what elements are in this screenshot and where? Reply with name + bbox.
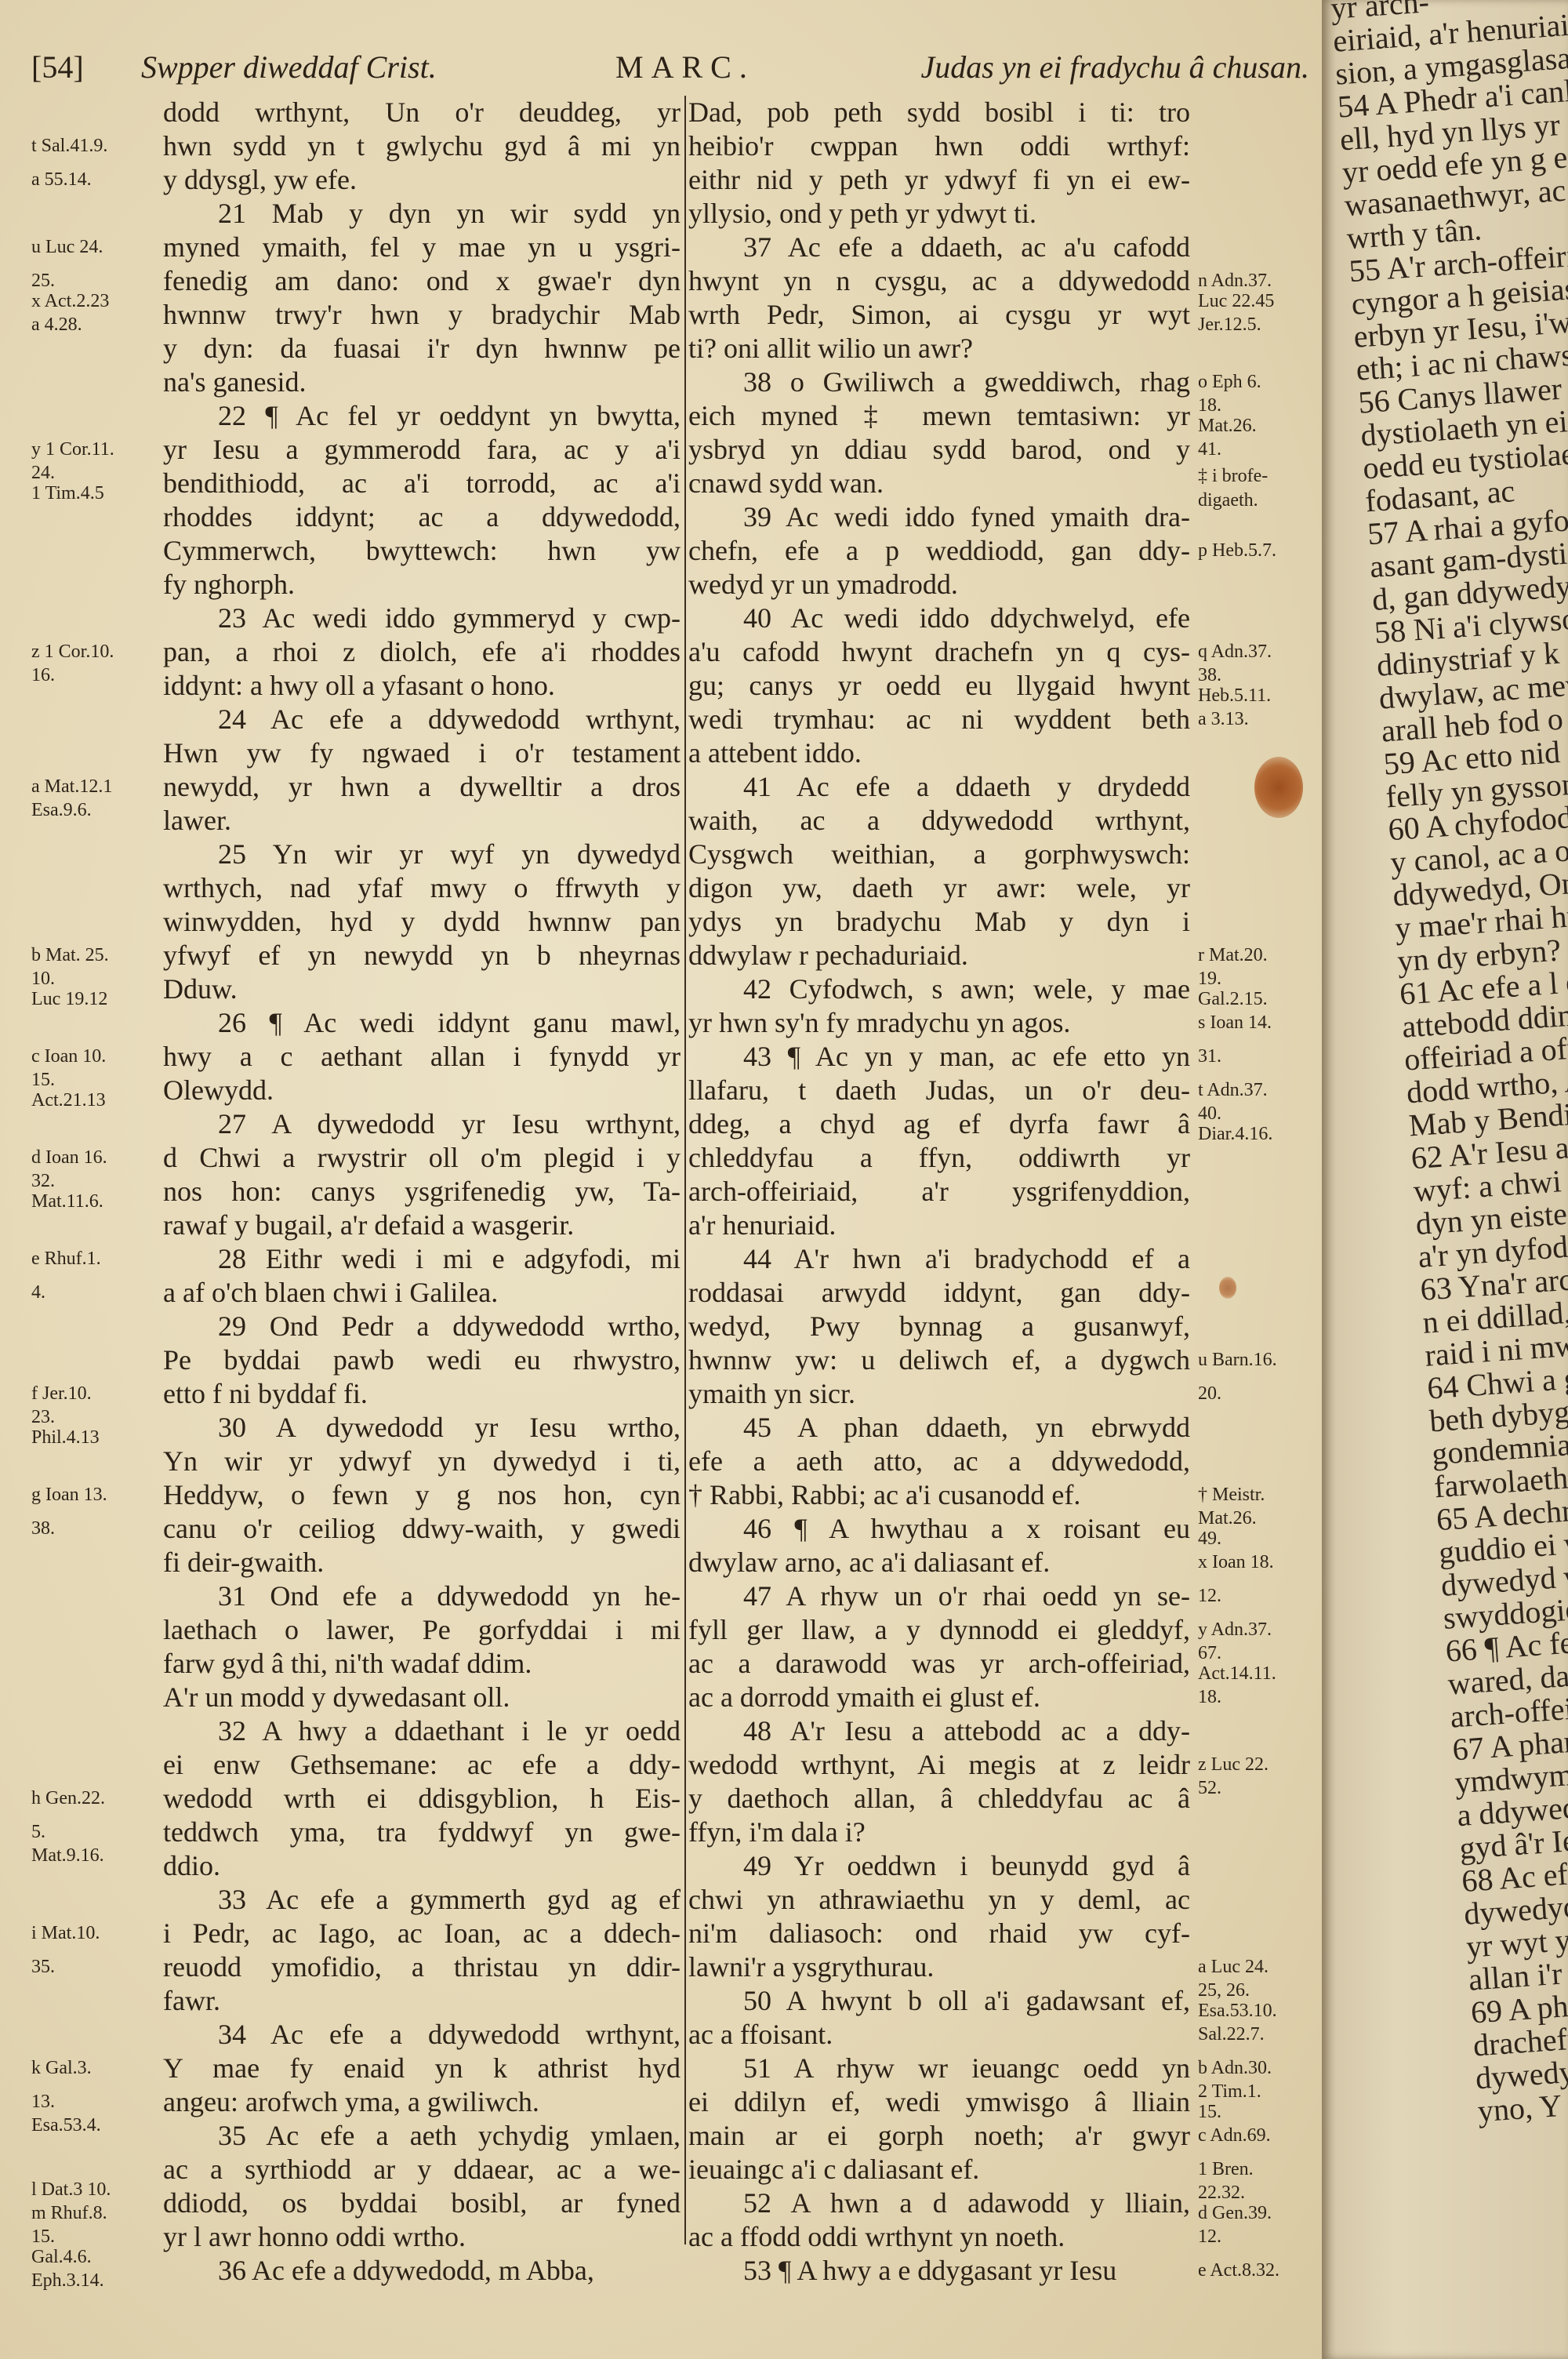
text-line: † Rabbi, Rabbi; ac a'i cusanodd ef.	[688, 1478, 1190, 1512]
margin-reference-note: 15.	[31, 2226, 55, 2247]
text-line: ac a ffodd oddi wrthynt yn noeth.	[688, 2220, 1190, 2254]
margin-reference-note: u Barn.16.	[1198, 1350, 1277, 1370]
text-line: 42 Cyfodwch, s awn; wele, y mae	[688, 972, 1190, 1006]
margin-reference-note: i Mat.10.	[31, 1923, 100, 1943]
margin-reference-note: o Eph 6.	[1198, 372, 1261, 392]
margin-reference-note: 22.32.	[1198, 2183, 1245, 2203]
margin-reference-note: z 1 Cor.10.	[31, 642, 114, 662]
text-line: wrth Pedr, Simon, ai cysgu yr wyt	[688, 298, 1190, 332]
margin-reference-note: h Gen.22.	[31, 1788, 105, 1808]
text-line: rhoddes iddynt; ac a ddywedodd,	[163, 500, 681, 534]
text-line: fawr.	[163, 1984, 681, 2018]
margin-reference-note: 41.	[1198, 439, 1221, 460]
text-line: hwy a c aethant allan i fynydd yr	[163, 1040, 681, 1074]
text-line: hwnnw yw: u deliwch ef, a dygwch	[688, 1343, 1190, 1377]
text-line: Dad, pob peth sydd bosibl i ti: tro	[688, 96, 1190, 129]
text-line: yr Iesu a gymmerodd fara, ac y a'i	[163, 433, 681, 467]
margin-reference-note: 25.	[31, 271, 55, 291]
text-line: y dyn: da fuasai i'r dyn hwnnw pe	[163, 332, 681, 365]
text-line: na's ganesid.	[163, 365, 681, 399]
text-line: y ddysgl, yw efe.	[163, 163, 681, 197]
text-line: 36 Ac efe a ddywedodd, m Abba,	[163, 2254, 681, 2288]
margin-reference-note: Luc 22.45	[1198, 291, 1274, 311]
margin-reference-note: x Ioan 18.	[1198, 1552, 1274, 1572]
margin-reference-note: 18.	[1198, 1687, 1221, 1707]
margin-reference-note: y Adn.37.	[1198, 1619, 1272, 1640]
margin-reference-note: 15.	[1198, 2102, 1221, 2122]
margin-reference-note: c Ioan 10.	[31, 1046, 106, 1067]
margin-reference-note: p Heb.5.7.	[1198, 540, 1276, 561]
text-line: 28 Eithr wedi i mi e adgyfodi, mi	[163, 1242, 681, 1276]
text-line: Hwn yw fy ngwaed i o'r testament	[163, 736, 681, 770]
margin-reference-note: y 1 Cor.11.	[31, 439, 114, 460]
text-line: ddiodd, os byddai bosibl, ar fyned	[163, 2186, 681, 2220]
margin-reference-note: 1 Tim.4.5	[31, 483, 104, 503]
margin-reference-note: Esa.53.4.	[31, 2115, 101, 2135]
text-line: Cymmerwch, bwyttewch: hwn yw	[163, 534, 681, 568]
text-line: 37 Ac efe a ddaeth, ac a'u cafodd	[688, 231, 1190, 264]
text-line: chleddyfau a ffyn, oddiwrth yr	[688, 1141, 1190, 1175]
text-line: d Chwi a rwystrir oll o'm plegid i y	[163, 1141, 681, 1175]
margin-reference-note: Mat.26.	[1198, 416, 1257, 436]
text-line: canu o'r ceiliog ddwy-waith, y gwedi	[163, 1512, 681, 1546]
text-column-right: Dad, pob peth sydd bosibl i ti: troheibi…	[688, 96, 1190, 2288]
margin-reference-note: 25, 26.	[1198, 1980, 1250, 2001]
margin-reference-note: 31.	[1198, 1046, 1221, 1067]
text-line: digon yw, daeth yr awr: wele, yr	[688, 871, 1190, 905]
margin-reference-note: 19.	[1198, 969, 1221, 989]
text-line: ac a syrthiodd ar y ddaear, ac a we-	[163, 2153, 681, 2186]
text-line: fenedig am dano: ond x gwae'r dyn	[163, 264, 681, 298]
margin-reference-note: † Meistr.	[1198, 1485, 1265, 1505]
text-line: winwydden, hyd y dydd hwnnw pan	[163, 905, 681, 939]
text-line: 45 A phan ddaeth, yn ebrwydd	[688, 1411, 1190, 1445]
margin-reference-note: Gal.2.15.	[1198, 989, 1268, 1009]
text-line: wrthych, nad yfaf mwy o ffrwyth y	[163, 871, 681, 905]
margin-reference-note: 18.	[1198, 395, 1221, 416]
text-line: rawaf y bugail, a'r defaid a wasgerir.	[163, 1209, 681, 1242]
text-line: 52 A hwn a d adawodd y lliain,	[688, 2186, 1190, 2220]
margin-reference-note: Diar.4.16.	[1198, 1124, 1272, 1144]
text-line: laethach o lawer, Pe gorfyddai i mi	[163, 1613, 681, 1647]
text-line: bendithiodd, ac a'i torrodd, ac a'i	[163, 467, 681, 500]
text-line: yr l awr honno oddi wrtho.	[163, 2220, 681, 2254]
text-line: ti? oni allit wilio un awr?	[688, 332, 1190, 365]
margin-reference-note: Mat.11.6.	[31, 1191, 103, 1212]
text-line: 21 Mab y dyn yn wir sydd yn	[163, 197, 681, 231]
margin-reference-note: 35.	[31, 1957, 55, 1977]
text-line: newydd, yr hwn a dywelltir a dros	[163, 770, 681, 804]
text-line: y daethoch allan, â chleddyfau ac â	[688, 1782, 1190, 1816]
text-line: angeu: arofwch yma, a gwiliwch.	[163, 2085, 681, 2119]
text-line: llafaru, t daeth Judas, un o'r deu-	[688, 1074, 1190, 1107]
text-line: arch-offeiriaid, a'r ysgrifenyddion,	[688, 1175, 1190, 1209]
margin-reference-note: 38.	[1198, 665, 1221, 685]
margin-reference-note: 2 Tim.1.	[1198, 2081, 1261, 2102]
margin-reference-note: 40.	[1198, 1103, 1221, 1124]
text-line: ysbryd yn ddiau sydd barod, ond y	[688, 433, 1190, 467]
margin-reference-note: 12.	[1198, 2226, 1221, 2247]
text-line: Cysgwch weithian, a gorphwyswch:	[688, 838, 1190, 871]
margin-reference-note: s Ioan 14.	[1198, 1012, 1272, 1033]
text-column-left: dodd wrthynt, Un o'r deuddeg, yrhwn sydd…	[163, 96, 681, 2288]
page-number: [54]	[31, 49, 84, 85]
margin-reference-note: n Adn.37.	[1198, 271, 1272, 291]
text-line: wedodd wrthynt, Ai megis at z leidr	[688, 1748, 1190, 1782]
text-line: yllysio, ond y peth yr ydwyt ti.	[688, 197, 1190, 231]
text-line: 24 Ac efe a ddywedodd wrthynt,	[163, 703, 681, 736]
text-line: 39 Ac wedi iddo fyned ymaith dra-	[688, 500, 1190, 534]
text-line: chefn, efe a p weddiodd, gan ddy-	[688, 534, 1190, 568]
margin-reference-note: Sal.22.7.	[1198, 2024, 1265, 2045]
text-line: ei enw Gethsemane: ac efe a ddy-	[163, 1748, 681, 1782]
running-title-left: Swpper diweddaf Crist.	[141, 49, 437, 85]
text-line: ei ddilyn ef, wedi ymwisgo â lliain	[688, 2085, 1190, 2119]
text-line: roddasai arwydd iddynt, gan ddy-	[688, 1276, 1190, 1310]
text-line: gu; canys yr oedd eu llygaid hwynt	[688, 669, 1190, 703]
margin-reference-note: 4.	[31, 1282, 45, 1303]
margin-reference-note: q Adn.37.	[1198, 642, 1272, 662]
text-line: 50 A hwynt b oll a'i gadawsant ef,	[688, 1984, 1190, 2018]
margin-reference-note: t Adn.37.	[1198, 1080, 1268, 1100]
margin-reference-note: 15.	[31, 1070, 55, 1090]
running-title-right: Judas yn ei fradychu â chusan.	[921, 49, 1309, 85]
text-line: lawer.	[163, 804, 681, 838]
text-line: 23 Ac wedi iddo gymmeryd y cwp-	[163, 602, 681, 635]
margin-reference-note: a Luc 24.	[1198, 1957, 1269, 1977]
text-line: 31 Ond efe a ddywedodd yn he-	[163, 1579, 681, 1613]
facing-page-text: yr arch-eiriaid, a'r henuriaidsion, a ym…	[1330, 0, 1568, 2128]
text-line: Yn wir yr ydwyf yn dywedyd i ti,	[163, 1445, 681, 1478]
margin-reference-note: t Sal.41.9.	[31, 136, 107, 156]
text-line: wedodd wrth ei ddisgyblion, h Eis-	[163, 1782, 681, 1816]
margin-reference-note: Act.14.11.	[1198, 1663, 1276, 1684]
text-line: 30 A dywedodd yr Iesu wrtho,	[163, 1411, 681, 1445]
margin-reference-note: f Jer.10.	[31, 1383, 92, 1404]
margin-reference-note: z Luc 22.	[1198, 1754, 1269, 1775]
text-line: 44 A'r hwn a'i bradychodd ef a	[688, 1242, 1190, 1276]
text-line: iddynt: a hwy oll a yfasant o hono.	[163, 669, 681, 703]
foxing-stain-small	[1219, 1277, 1236, 1299]
margin-reference-note: Gal.4.6.	[31, 2247, 92, 2267]
text-line: ffyn, i'm dala i?	[688, 1816, 1190, 1849]
text-line: a attebent iddo.	[688, 736, 1190, 770]
margin-reference-note: 24.	[31, 463, 55, 483]
text-line: waith, ac a ddywedodd wrthynt,	[688, 804, 1190, 838]
text-line: chwi yn athrawiaethu yn y deml, ac	[688, 1883, 1190, 1917]
text-line: 40 Ac wedi iddo ddychwelyd, efe	[688, 602, 1190, 635]
text-line: efe a aeth atto, ac a ddywedodd,	[688, 1445, 1190, 1478]
text-line: 48 A'r Iesu a attebodd ac a ddy-	[688, 1714, 1190, 1748]
margin-reference-note: e Rhuf.1.	[31, 1249, 101, 1269]
text-line: 46 ¶ A hwythau a x roisant eu	[688, 1512, 1190, 1546]
text-line: 27 A dywedodd yr Iesu wrthynt,	[163, 1107, 681, 1141]
text-line: ni'm daliasoch: ond rhaid yw cyf-	[688, 1917, 1190, 1950]
margin-reference-note: digaeth.	[1198, 490, 1258, 511]
margin-reference-note: a 4.28.	[31, 314, 82, 335]
text-line: 29 Ond Pedr a ddywedodd wrtho,	[163, 1310, 681, 1343]
text-line: fi deir-gwaith.	[163, 1546, 681, 1579]
margin-reference-note: 23.	[31, 1407, 55, 1427]
margin-reference-note: Eph.3.14.	[31, 2270, 104, 2291]
margin-reference-note: a 3.13.	[1198, 709, 1249, 729]
margin-reference-note: c Adn.69.	[1198, 2125, 1271, 2146]
margin-reference-note: Act.21.13	[31, 1090, 106, 1110]
text-line: yfwyf ef yn newydd yn b nheyrnas	[163, 939, 681, 972]
text-line: main ar ei gorph noeth; a'r gwyr	[688, 2119, 1190, 2153]
text-line: Y mae fy enaid yn k athrist hyd	[163, 2052, 681, 2085]
text-line: hwynt yn n cysgu, ac a ddywedodd	[688, 264, 1190, 298]
margin-reference-note: 16.	[31, 665, 55, 685]
running-header: [54] Swpper diweddaf Crist. MARC. Judas …	[31, 49, 1309, 96]
text-line: eithr nid y peth yr ydwyf fi yn ei ew-	[688, 163, 1190, 197]
margin-reference-note: 38.	[31, 1518, 55, 1539]
text-line: 35 Ac efe a aeth ychydig ymlaen,	[163, 2119, 681, 2153]
margin-reference-note: b Adn.30.	[1198, 2058, 1272, 2078]
text-line: 32 A hwy a ddaethant i le yr oedd	[163, 1714, 681, 1748]
text-line: A'r un modd y dywedasant oll.	[163, 1681, 681, 1714]
margin-reference-note: 12.	[1198, 1586, 1221, 1606]
text-line: 47 A rhyw un o'r rhai oedd yn se-	[688, 1579, 1190, 1613]
margin-reference-note: Mat.9.16.	[31, 1845, 104, 1866]
text-line: cnawd sydd wan.	[688, 467, 1190, 500]
margin-reference-note: Esa.9.6.	[31, 800, 92, 820]
text-line: ieuaingc a'i c daliasant ef.	[688, 2153, 1190, 2186]
text-line: 26 ¶ Ac wedi iddynt ganu mawl,	[163, 1006, 681, 1040]
margin-reference-note: u Luc 24.	[31, 237, 103, 257]
text-line: nos hon: canys ysgrifenedig yw, Ta-	[163, 1175, 681, 1209]
text-line: ddio.	[163, 1849, 681, 1883]
text-line: 49 Yr oeddwn i beunydd gyd â	[688, 1849, 1190, 1883]
text-line: wedyd yr un ymadrodd.	[688, 568, 1190, 602]
text-line: pan, a rhoi z diolch, efe a'i rhoddes	[163, 635, 681, 669]
margin-reference-note: Jer.12.5.	[1198, 314, 1261, 335]
text-line: hwnnw trwy'r hwn y bradychir Mab	[163, 298, 681, 332]
text-line: wedi trymhau: ac ni wyddent beth	[688, 703, 1190, 736]
margin-reference-note: m Rhuf.8.	[31, 2203, 107, 2223]
text-line: i Pedr, ac Iago, ac Ioan, ac a ddech-	[163, 1917, 681, 1950]
text-line: Heddyw, o fewn y g nos hon, cyn	[163, 1478, 681, 1512]
margin-reference-note: 32.	[31, 1171, 55, 1191]
text-line: 51 A rhyw wr ieuangc oedd yn	[688, 2052, 1190, 2085]
text-line: reuodd ymofidio, a thristau yn ddir-	[163, 1950, 681, 1984]
text-line: heibio'r cwppan hwn oddi wrthyf:	[688, 129, 1190, 163]
margin-reference-note: 49.	[1198, 1528, 1221, 1549]
margin-reference-note: b Mat. 25.	[31, 945, 109, 965]
margin-reference-note: l Dat.3 10.	[31, 2179, 111, 2200]
text-line: 53 ¶ A hwy a e ddygasant yr Iesu	[688, 2254, 1190, 2288]
margin-reference-note: 20.	[1198, 1383, 1221, 1404]
text-line: myned ymaith, fel y mae yn u ysgri-	[163, 231, 681, 264]
text-line: 22 ¶ Ac fel yr oeddynt yn bwytta,	[163, 399, 681, 433]
text-line: 41 Ac efe a ddaeth y drydedd	[688, 770, 1190, 804]
book-page-left: [54] Swpper diweddaf Crist. MARC. Judas …	[0, 0, 1325, 2359]
margin-reference-note: 1 Bren.	[1198, 2159, 1254, 2179]
text-line: wedyd, Pwy bynnag a gusanwyf,	[688, 1310, 1190, 1343]
text-line: ac a dorrodd ymaith ei glust ef.	[688, 1681, 1190, 1714]
text-line: ac a ffoisant.	[688, 2018, 1190, 2052]
margin-reference-note: 52.	[1198, 1778, 1221, 1798]
foxing-stain	[1254, 757, 1303, 818]
margin-reference-note: Mat.26.	[1198, 1508, 1257, 1528]
margin-reference-note: 13.	[31, 2092, 55, 2112]
margin-reference-note: g Ioan 13.	[31, 1485, 107, 1505]
text-line: Olewydd.	[163, 1074, 681, 1107]
margin-reference-note: r Mat.20.	[1198, 945, 1268, 965]
text-line: ddeg, a chyd ag ef dyrfa fawr â	[688, 1107, 1190, 1141]
text-line: fyll ger llaw, a y dynnodd ei gleddyf,	[688, 1613, 1190, 1647]
text-line: 25 Yn wir yr wyf yn dywedyd	[163, 838, 681, 871]
margin-reference-note: a 55.14.	[31, 169, 92, 190]
text-line: ddwylaw r pechaduriaid.	[688, 939, 1190, 972]
margin-reference-note: x Act.2.23	[31, 291, 109, 311]
text-line: ydys yn bradychu Mab y dyn i	[688, 905, 1190, 939]
text-line: lawni'r a ysgrythurau.	[688, 1950, 1190, 1984]
text-line: a'r henuriaid.	[688, 1209, 1190, 1242]
text-line: 33 Ac efe a gymmerth gyd ag ef	[163, 1883, 681, 1917]
text-line: yr hwn sy'n fy mradychu yn agos.	[688, 1006, 1190, 1040]
margin-reference-note: a Mat.12.1	[31, 776, 112, 797]
column-divider	[684, 96, 686, 2245]
text-line: teddwch yma, tra fyddwyf yn gwe-	[163, 1816, 681, 1849]
text-line: farw gyd â thi, ni'th wadaf ddim.	[163, 1647, 681, 1681]
text-line: ac a darawodd was yr arch-offeiriad,	[688, 1647, 1190, 1681]
margin-reference-note: 67.	[1198, 1643, 1221, 1663]
margin-reference-note: ‡ i brofe-	[1198, 466, 1268, 486]
margin-reference-note: 5.	[31, 1822, 45, 1842]
text-line: hwn sydd yn t gwlychu gyd â mi yn	[163, 129, 681, 163]
text-line: 34 Ac efe a ddywedodd wrthynt,	[163, 2018, 681, 2052]
text-line: dodd wrthynt, Un o'r deuddeg, yr	[163, 96, 681, 129]
text-line: Pe byddai pawb wedi eu rhwystro,	[163, 1343, 681, 1377]
text-line: etto f ni byddaf fi.	[163, 1377, 681, 1411]
text-line: dwylaw arno, ac a'i daliasant ef.	[688, 1546, 1190, 1579]
text-line: fy nghorph.	[163, 568, 681, 602]
text-line: a'u cafodd hwynt drachefn yn q cys-	[688, 635, 1190, 669]
margin-reference-note: e Act.8.32.	[1198, 2260, 1279, 2281]
text-line: a af o'ch blaen chwi i Galilea.	[163, 1276, 681, 1310]
margin-reference-note: Heb.5.11.	[1198, 685, 1271, 706]
text-line: ymaith yn sicr.	[688, 1377, 1190, 1411]
margin-reference-note: Luc 19.12	[31, 989, 107, 1009]
margin-reference-note: Phil.4.13	[31, 1427, 100, 1448]
text-line: 38 o Gwiliwch a gweddiwch, rhag	[688, 365, 1190, 399]
text-line: Dduw.	[163, 972, 681, 1006]
margin-reference-note: d Gen.39.	[1198, 2203, 1272, 2223]
text-line: eich myned ‡ mewn temtasiwn: yr	[688, 399, 1190, 433]
margin-reference-note: 10.	[31, 969, 55, 989]
margin-reference-note: k Gal.3.	[31, 2058, 92, 2078]
margin-reference-note: d Ioan 16.	[31, 1147, 107, 1168]
text-line: 43 ¶ Ac yn y man, ac efe etto yn	[688, 1040, 1190, 1074]
margin-reference-note: Esa.53.10.	[1198, 2001, 1277, 2021]
book-title: MARC.	[615, 49, 755, 85]
book-page-facing-curled: yr arch-eiriaid, a'r henuriaidsion, a ym…	[1322, 0, 1568, 2359]
